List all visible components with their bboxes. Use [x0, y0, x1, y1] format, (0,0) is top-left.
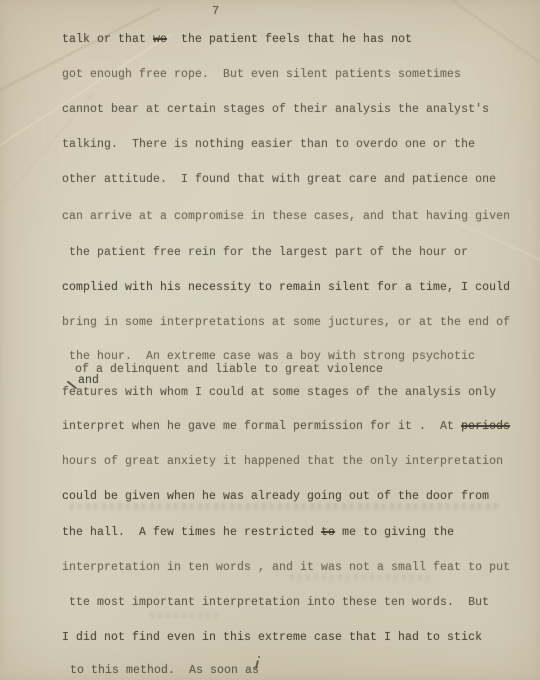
typed-line: bring in some interpretations at some ju… — [62, 316, 510, 330]
paper-crease — [0, 7, 161, 99]
typed-line: got enough free rope. But even silent pa… — [62, 68, 461, 82]
pen-mark-dot — [258, 656, 260, 658]
typed-line: to this method. As soon as — [70, 664, 259, 678]
typed-line: talking. There is nothing easier than to… — [62, 138, 475, 152]
inserted-line: of a delinquent and liable to great viol… — [75, 363, 383, 377]
line-text: the hall. A few times he restricted — [62, 526, 321, 539]
typewritten-page: 7 talk or that we the patient feels that… — [0, 0, 540, 680]
ghost-impression — [70, 503, 500, 510]
struck-word: we — [153, 33, 167, 46]
line-text: interpret when he gave me formal permiss… — [62, 420, 461, 433]
typed-line: the hall. A few times he restricted to m… — [62, 526, 454, 540]
typed-line: tte most important interpretation into t… — [62, 596, 489, 610]
typed-line: can arrive at a compromise in these case… — [62, 210, 510, 224]
struck-word: periods — [461, 420, 510, 433]
typed-line: complied with his necessity to remain si… — [62, 281, 510, 295]
typed-line: hours of great anxiety it happened that … — [62, 455, 503, 469]
line-text: the patient feels that he has not — [167, 33, 412, 46]
typed-line: interpret when he gave me formal permiss… — [62, 420, 510, 434]
line-text: me to giving the — [335, 526, 454, 539]
typed-line: other attitude. I found that with great … — [62, 173, 496, 187]
typed-line: features with whom I could at some stage… — [62, 386, 496, 400]
line-text: talk or that — [62, 33, 153, 46]
page-number: 7 — [212, 4, 219, 18]
typed-line: could be given when he was already going… — [62, 490, 489, 504]
typed-line: interpretation in ten words , and it was… — [62, 561, 510, 575]
struck-word: to — [321, 526, 335, 539]
typed-line: cannot bear at certain stages of their a… — [62, 103, 489, 117]
ghost-impression — [290, 574, 430, 581]
typed-line: I did not find even in this extreme case… — [62, 631, 482, 645]
ghost-impression — [150, 612, 220, 619]
typed-line: the patient free rein for the largest pa… — [62, 246, 468, 260]
typed-line: talk or that we the patient feels that h… — [62, 33, 412, 47]
typed-line: the hour. An extreme case was a boy with… — [62, 350, 475, 364]
